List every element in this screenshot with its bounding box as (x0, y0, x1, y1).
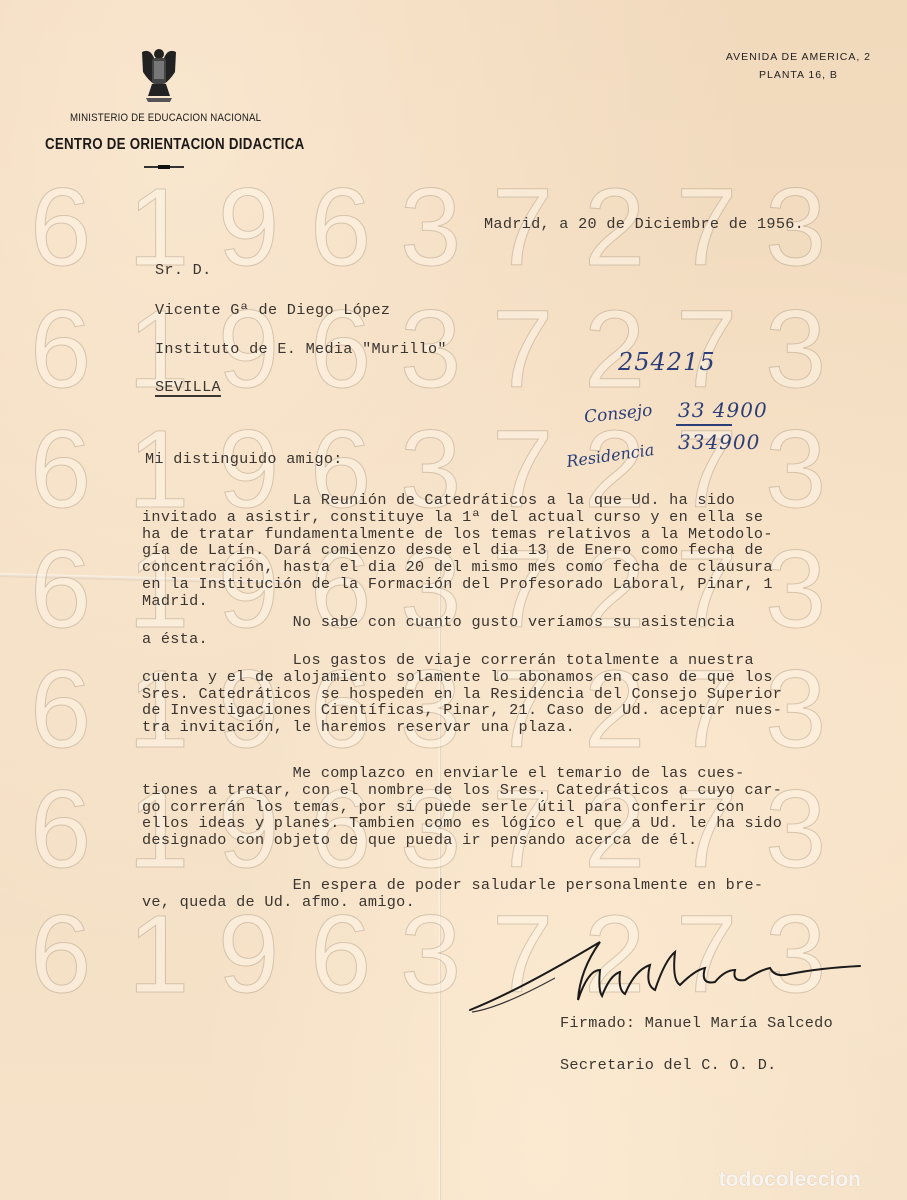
watermark-digit: 6 (30, 780, 91, 880)
watermark-digit: 3 (400, 178, 461, 278)
handwritten-signature-icon (460, 930, 870, 1020)
letterhead-address: AVENIDA DE AMERICA, 2 PLANTA 16, B (726, 48, 871, 84)
watermark-digit: 3 (765, 420, 826, 520)
signer-name: Firmado: Manuel María Salcedo (560, 1014, 833, 1032)
watermark-digit: 3 (765, 540, 826, 640)
watermark-digit: 6 (310, 905, 371, 1005)
brand-watermark: todocoleccion (719, 1168, 861, 1192)
recipient-name: Vicente Gª de Diego López (155, 301, 390, 319)
watermark-digit: 6 (310, 178, 371, 278)
paragraph-expenses: Los gastos de viaje correrán totalmente … (142, 652, 782, 736)
watermark-digit: 7 (492, 300, 553, 400)
watermark-digit: 9 (218, 178, 279, 278)
address-line-1: AVENIDA DE AMERICA, 2 (726, 48, 871, 66)
address-line-2: PLANTA 16, B (726, 66, 871, 84)
watermark-digit: 1 (128, 905, 189, 1005)
recipient-salutation: Sr. D. (155, 261, 211, 279)
paragraph-meeting: La Reunión de Catedráticos a la que Ud. … (142, 492, 773, 610)
handwritten-residencia-value: 334900 (678, 430, 760, 454)
watermark-digit: 6 (30, 300, 91, 400)
watermark-digit: 6 (30, 178, 91, 278)
paragraph-attendance: No sabe con cuanto gusto veríamos su asi… (142, 614, 735, 631)
watermark-row: 619637273 (0, 300, 907, 400)
recipient-institution: Instituto de E. Media "Murillo" (155, 340, 447, 358)
paragraph-topics: Me complazco en enviarle el temario de l… (142, 765, 782, 849)
organization-name: CENTRO DE ORIENTACION DIDACTICA (45, 136, 305, 154)
coat-of-arms-icon (140, 44, 178, 102)
paragraph-attendance-cont: a ésta. (142, 631, 208, 648)
watermark-digit: 6 (30, 540, 91, 640)
watermark-digit: 3 (400, 905, 461, 1005)
paragraph-closing: En espera de poder saludarle personalmen… (142, 877, 763, 911)
watermark-digit: 9 (218, 905, 279, 1005)
greeting: Mi distinguido amigo: (145, 450, 343, 468)
handwritten-number: 254215 (618, 348, 716, 376)
handwritten-underline (676, 424, 732, 426)
handwritten-consejo-value: 33 4900 (678, 398, 768, 422)
watermark-digit: 3 (765, 300, 826, 400)
letterhead-divider (144, 166, 184, 168)
ministry-name: MINISTERIO DE EDUCACION NACIONAL (70, 112, 261, 124)
watermark-digit: 6 (30, 420, 91, 520)
watermark-digit: 6 (30, 660, 91, 760)
signer-title: Secretario del C. O. D. (560, 1056, 777, 1074)
recipient-city: SEVILLA (155, 378, 221, 396)
dateline: Madrid, a 20 de Diciembre de 1956. (484, 215, 804, 233)
watermark-digit: 6 (30, 905, 91, 1005)
